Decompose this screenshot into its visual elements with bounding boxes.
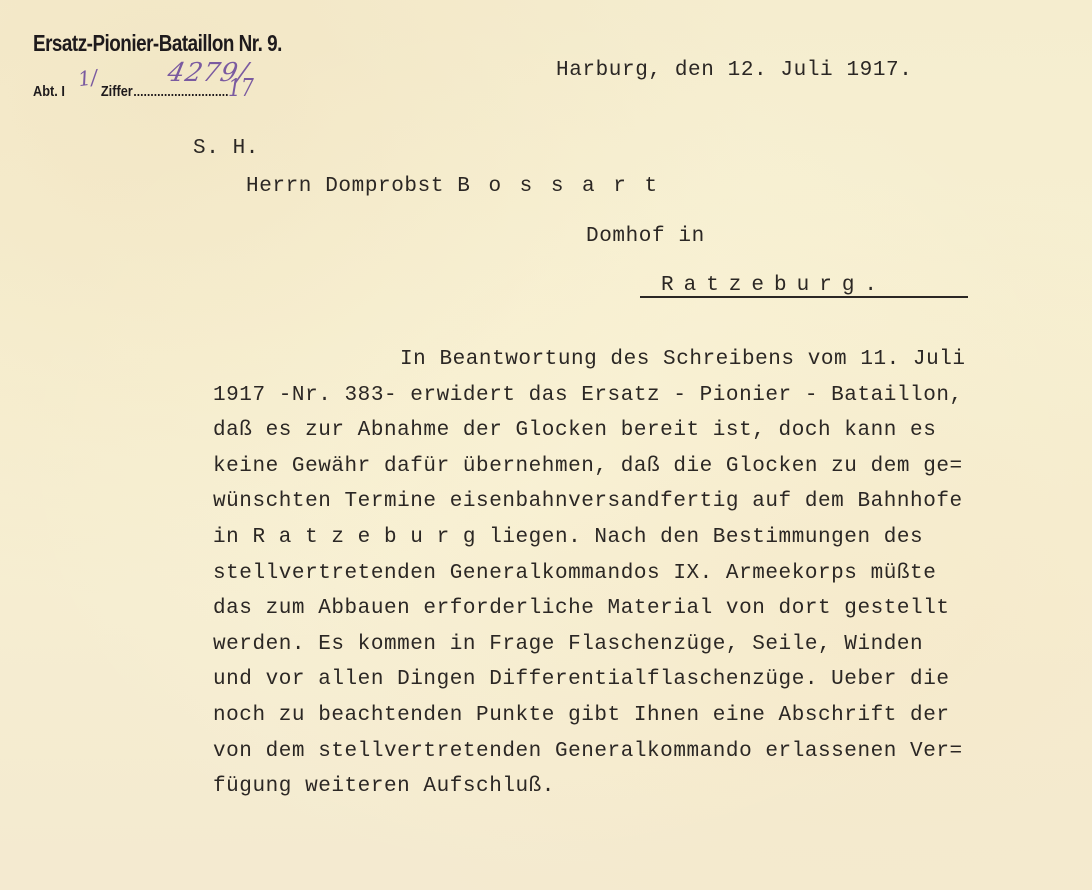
recipient-name: B o s s a r t	[457, 175, 660, 198]
body-line: und vor allen Dingen Differentialflasche…	[213, 662, 1053, 698]
letter-date: Harburg, den 12. Juli 1917.	[556, 59, 912, 82]
recipient-address-line1: Domhof in	[586, 225, 705, 248]
recipient-address-city: Ratzeburg.	[661, 274, 887, 297]
city-underline	[640, 296, 968, 298]
stamp-ziffer-label: Ziffer	[101, 83, 133, 100]
body-line: stellvertretenden Generalkommandos IX. A…	[213, 556, 1053, 592]
body-line: fügung weiteren Aufschluß.	[213, 769, 1053, 805]
handwritten-reference-number: 4279/	[165, 58, 251, 88]
body-line: daß es zur Abnahme der Glocken bereit is…	[213, 413, 1053, 449]
body-line: 1917 -Nr. 383- erwidert das Ersatz - Pio…	[213, 378, 1053, 414]
stamp-title: Ersatz-Pionier-Bataillon Nr. 9.	[33, 30, 282, 57]
body-line: von dem stellvertretenden Generalkommand…	[213, 734, 1053, 770]
letter-salutation: S. H.	[193, 137, 259, 160]
stamp-dotted-line	[134, 94, 228, 96]
recipient-title: Herrn Domprobst	[246, 175, 444, 198]
stamp-department: Abt. I	[33, 83, 65, 100]
body-line: wünschten Termine eisenbahnversandfertig…	[213, 484, 1053, 520]
body-line: noch zu beachtenden Punkte gibt Ihnen ei…	[213, 698, 1053, 734]
body-line: In Beantwortung des Schreibens vom 11. J…	[213, 342, 1053, 378]
battalion-stamp: Ersatz-Pionier-Bataillon Nr. 9. Abt. I Z…	[33, 30, 336, 57]
letter-recipient: Herrn Domprobst B o s s a r t	[246, 175, 660, 198]
letter-body: In Beantwortung des Schreibens vom 11. J…	[213, 342, 1053, 805]
handwritten-mark: 1/	[76, 65, 99, 91]
body-line: in R a t z e b u r g liegen. Nach den Be…	[213, 520, 1053, 556]
body-line: keine Gewähr dafür übernehmen, daß die G…	[213, 449, 1053, 485]
body-line: werden. Es kommen in Frage Flaschenzüge,…	[213, 627, 1053, 663]
body-line: das zum Abbauen erforderliche Material v…	[213, 591, 1053, 627]
